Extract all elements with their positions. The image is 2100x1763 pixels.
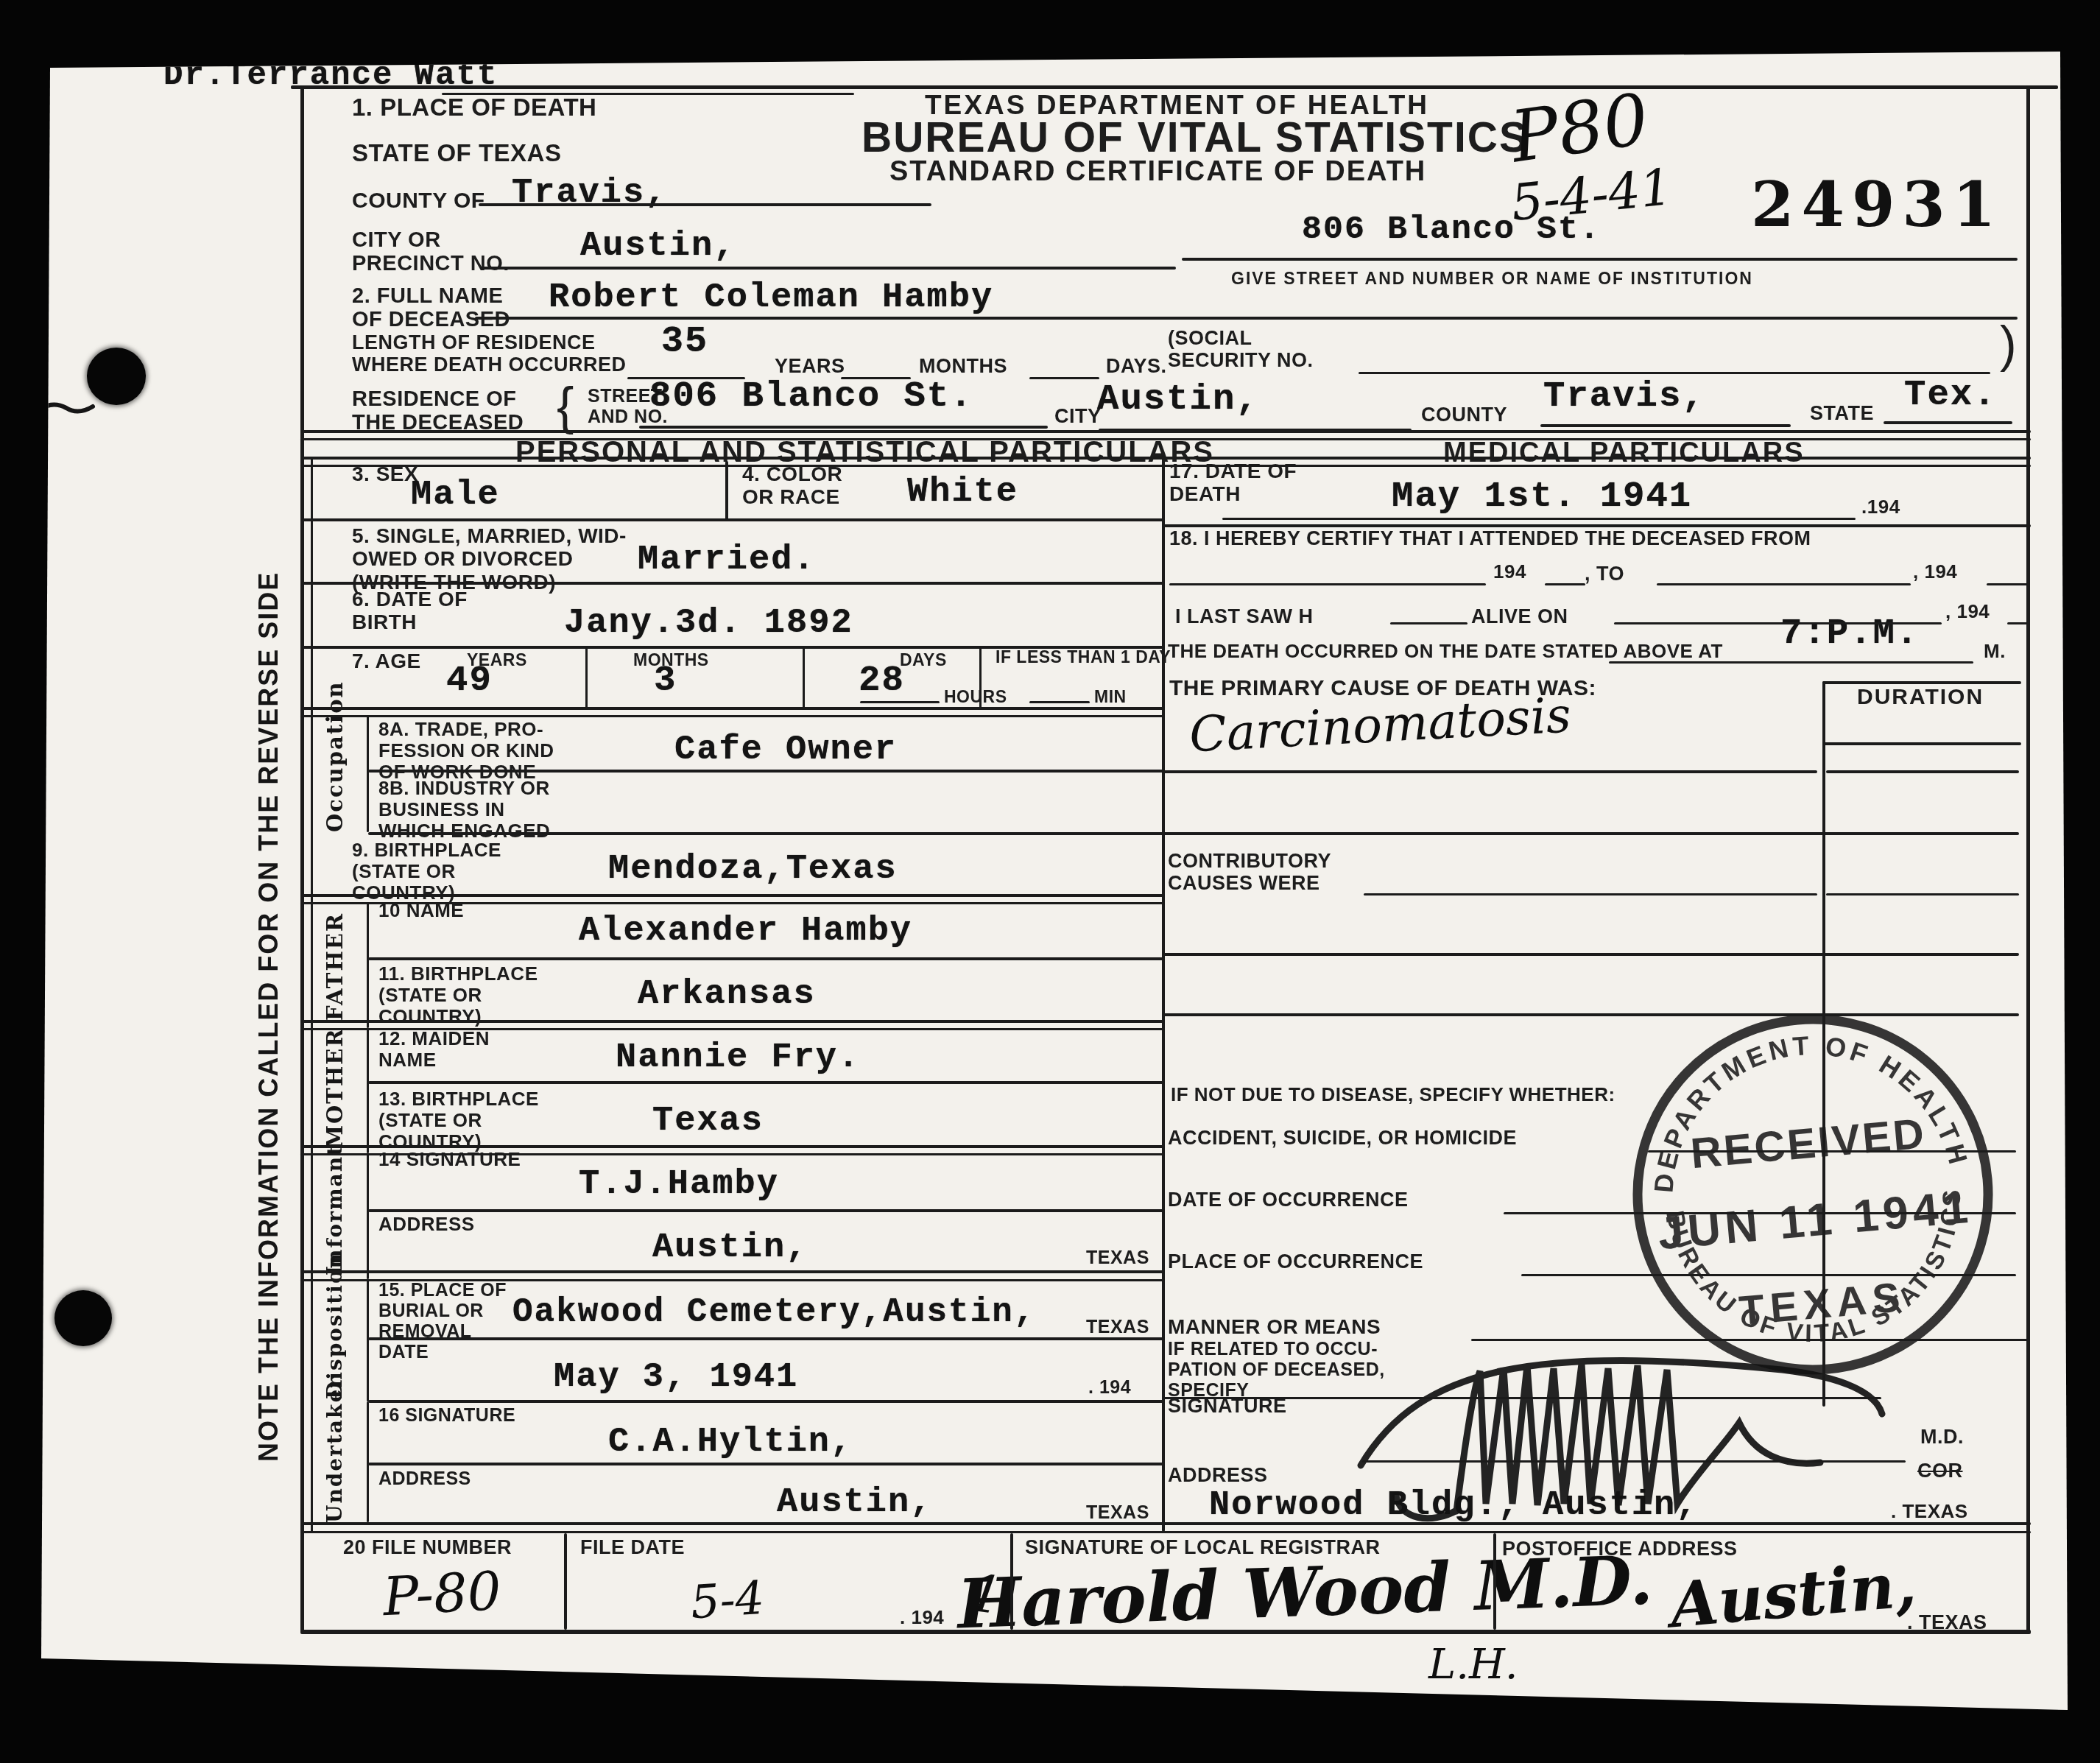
rule-line <box>1609 661 1973 664</box>
rule-line <box>300 1028 1163 1030</box>
rule-line-vertical <box>564 1533 567 1630</box>
rule-line <box>860 701 940 703</box>
rule-line <box>1614 622 1942 624</box>
rule-line <box>1163 953 2019 956</box>
rule-line-vertical <box>367 1401 369 1522</box>
rule-line <box>300 1020 1163 1023</box>
rule-line <box>480 267 1176 270</box>
rule-line <box>300 902 1163 904</box>
rule-line <box>1826 770 2019 773</box>
rule-line <box>1521 1274 2016 1276</box>
rule-line <box>368 1337 1163 1340</box>
rule-line <box>1987 583 2029 585</box>
rule-line <box>442 93 854 95</box>
rule-line <box>368 832 1163 835</box>
rule-line <box>1222 518 1856 520</box>
rule-line <box>1362 1460 1906 1463</box>
rule-line <box>479 203 931 206</box>
rule-line <box>300 457 2031 460</box>
rule-line-vertical <box>367 1028 369 1153</box>
rule-line <box>300 1279 1163 1281</box>
rule-line-vertical <box>1162 455 1165 1532</box>
rule-line <box>300 1153 1163 1155</box>
rule-line <box>300 715 1163 717</box>
death-certificate-scan: Dr.Terrance Watt NOTE THE INFORMATION CA… <box>0 0 2100 1763</box>
rule-line <box>1169 583 1486 585</box>
rule-line <box>2007 622 2028 624</box>
rule-line <box>300 582 1163 585</box>
rule-line <box>300 1270 1163 1273</box>
rule-line <box>1657 583 1911 585</box>
rule-line <box>300 465 2031 467</box>
rule-line <box>1822 742 2021 745</box>
rule-line <box>1163 770 1817 773</box>
rule-line <box>1540 424 1791 427</box>
certificate-paper: Dr.Terrance Watt NOTE THE INFORMATION CA… <box>0 0 2100 1763</box>
rule-line-vertical <box>311 457 313 1532</box>
rule-line <box>639 426 1048 429</box>
rule-line-vertical <box>367 902 369 1028</box>
rule-line <box>1163 832 2019 835</box>
rule-line <box>1163 1397 1881 1399</box>
rule-line-vertical <box>367 716 369 832</box>
rule-line <box>300 894 1163 897</box>
rule-line <box>368 1463 1163 1465</box>
rule-line <box>1163 1013 2019 1016</box>
rule-line-vertical <box>725 461 728 520</box>
rule-line <box>1029 377 1099 379</box>
rule-line <box>1029 701 1090 703</box>
rule-line <box>1359 372 1990 374</box>
rule-line <box>1648 1150 2016 1153</box>
rule-line <box>1364 893 1817 895</box>
rule-line <box>368 1400 1163 1403</box>
rule-line-vertical <box>1010 1533 1013 1630</box>
rule-line <box>1390 622 1467 624</box>
rule-line-vertical <box>803 647 805 708</box>
rule-line <box>627 377 745 379</box>
rule-line <box>300 430 2031 433</box>
rule-line-vertical <box>585 647 588 708</box>
physician-signature-scrawl <box>0 0 2100 1763</box>
rule-line-vertical <box>367 1279 369 1401</box>
rule-line-vertical <box>367 1153 369 1279</box>
rule-line-vertical <box>979 647 982 708</box>
rule-line <box>1822 681 2021 684</box>
rule-line <box>368 957 1163 960</box>
rule-line <box>1182 258 2018 261</box>
rule-line <box>368 1081 1163 1084</box>
rule-line <box>368 770 1163 773</box>
rule-line <box>1163 524 2031 527</box>
rule-line <box>1545 583 1585 585</box>
rule-line <box>300 1630 2031 1634</box>
rule-line-vertical <box>300 85 304 1632</box>
rule-line <box>1504 1212 2016 1214</box>
rule-line <box>475 317 2018 320</box>
rule-line <box>300 646 1163 649</box>
rule-line <box>300 1522 2031 1525</box>
rule-line <box>300 1531 2031 1533</box>
rule-line <box>300 1145 1163 1148</box>
rule-line <box>300 518 1163 521</box>
rule-line <box>1826 893 2019 895</box>
rule-line-vertical <box>1822 681 1825 1407</box>
rule-line <box>1884 421 2012 424</box>
rule-line <box>291 85 2058 89</box>
rule-line-vertical <box>2026 85 2030 1632</box>
rule-line <box>1471 1339 2027 1341</box>
rule-line <box>841 377 911 379</box>
rule-line <box>368 1209 1163 1212</box>
rule-line <box>300 707 1163 710</box>
rule-line-vertical <box>1493 1533 1496 1630</box>
rule-line <box>300 438 2031 440</box>
